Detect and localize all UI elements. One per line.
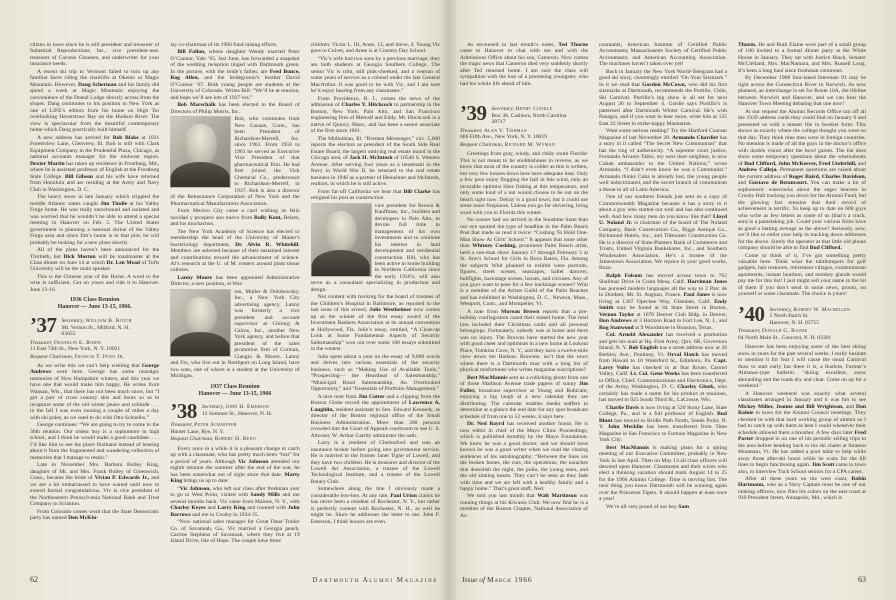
officer-name: Francis T. Fenn Jr. [75, 354, 125, 360]
class-year: ’39 [460, 105, 487, 123]
issue-line-italic: Issue of [462, 575, 485, 584]
class-officer: Secretary, William B. RotchMt. Vernon St… [62, 318, 132, 337]
bold-classmate-name: Harriman Jones [687, 279, 727, 285]
bold-classmate-name: Dr. Len Mead [107, 260, 141, 266]
officer-name: Alan V. Tishman [484, 128, 527, 134]
bold-classmate-name: Bill Clarke [404, 189, 431, 195]
bold-classmate-name: Bob English [629, 345, 658, 351]
paragraph: From far-off California we hear that Bil… [311, 189, 440, 202]
text-run: We’re all very proud of our boy [606, 504, 678, 510]
bold-classmate-name: Rolly Kent, [254, 215, 282, 221]
paragraph: “Vic Johnson, who left our class after f… [170, 486, 299, 518]
paragraph: Late in November Mrs. Barbara Bulley Kin… [30, 462, 159, 507]
paragraph: By December 1968 four-laned Interstate 9… [738, 75, 866, 107]
paragraph: The New York Academy of Science has elec… [170, 229, 299, 274]
paragraph: The Midlothian, Ill. “Bremen Messenger,”… [311, 136, 440, 188]
paragraph: The heavy snow in late January which cri… [30, 194, 159, 246]
paragraph: We’re all very proud of our boy Sam [599, 504, 727, 510]
bold-classmate-name: Bud Clifford. [810, 245, 842, 251]
paragraph: Not content with bucking for the board o… [311, 294, 440, 352]
bold-classmate-name: Ted Thorne [558, 42, 588, 48]
paragraph: As we write this we can’t help wishing t… [30, 363, 159, 421]
officer-role: Secretary, [202, 404, 226, 410]
text-run: at 9 Woodstone in Houston, Texas. [634, 325, 713, 331]
text-run: lay co-chairman of its 1966 fund raising… [170, 42, 277, 48]
officer-name: Franklin E. Robin [54, 340, 101, 346]
class-officer: Treasurer, Alan V. Tishman666 Fifth Ave.… [460, 128, 588, 141]
bold-classmate-name: Charley Keyes [170, 505, 205, 511]
paragraph: Lanny Moore has been appointed Administr… [170, 275, 299, 288]
paragraph: Dr. Ned Bayrd has received another honor… [460, 421, 588, 492]
bold-classmate-name: Bill Fallon, [177, 49, 205, 55]
paragraph: “Vic’s wife had two sons by a previous m… [311, 56, 440, 95]
officer-role: Secretary, [62, 318, 86, 324]
bold-classmate-name: Sam [678, 504, 689, 510]
bold-classmate-name: Don McKin- [68, 515, 98, 521]
text-run: who did his first sitzmarks at Dartmouth… [599, 82, 727, 127]
text-run: “Now national sales manager for Great Da… [170, 519, 299, 544]
text-run: and his family did spend a week at Magic… [30, 82, 159, 133]
page-number-left: 62 [30, 575, 38, 584]
paragraph: George continues: “We are going to try t… [30, 422, 159, 461]
text-run: and me in Crosby in 1934-35. [191, 512, 259, 518]
officer-address-line: 11 East 74th St., New York, N. Y. 10021 [30, 346, 159, 352]
left-page-columns: citizen in town since he is still presid… [30, 42, 440, 562]
bold-classmate-name: Vivian P. Edwards Jr., [95, 475, 150, 481]
text-run: Larry is a resident of Chelmsford and wa… [311, 440, 440, 485]
officer-name: Henry Conkle [515, 106, 552, 112]
bold-classmate-name: Dick Morton [63, 254, 95, 260]
left-page-footer: 62 Dartmouth Alumni Magazine [0, 575, 448, 584]
paragraph: Ralph Folsom has moved across town to 76… [599, 273, 727, 331]
text-run: and roomed with [245, 505, 287, 511]
text-run: and [738, 180, 749, 186]
paragraph: A note from Moreau Brown reports that a … [460, 309, 588, 374]
text-run: and [844, 404, 857, 410]
right-page-columns: As recounted in last month’s notes, Ted … [460, 42, 866, 562]
bold-classmate-name: Mickey Miller, Jeanne and Bill Wrightson… [738, 404, 844, 410]
issue-line-date: March 1966 [487, 575, 532, 584]
text-run: At our request the Alumni Records Office… [738, 109, 866, 167]
officer-role: Bequest Chairman, [30, 354, 75, 360]
class-heading-top: ’39Secretary, Henry ConkleBox 38, Cashie… [460, 105, 588, 126]
bold-classmate-name: Bert MacMannis [467, 375, 508, 381]
reunion-notice: 1937 Class ReunionHanover — June 13-15, … [170, 384, 299, 398]
text-run: reports that a pre-holiday conflagration… [460, 309, 588, 373]
officer-name: John H. Emerson [226, 404, 270, 410]
text-run: You can make a lot of sophomoric wisecra… [738, 180, 866, 251]
paragraph: Larry is a resident of Chelmsford and wa… [311, 440, 440, 485]
paragraph: From Mexico City came a card wishing us … [170, 208, 299, 227]
officer-address-line: 666 Fifth Ave., New York, N. Y. 10019 [460, 134, 588, 140]
class-officer: Bequest Chairman, Robert H. Reno [170, 436, 299, 442]
page-number-right: 63 [858, 575, 866, 584]
paragraph: Col. Arnold Alexander has received a pro… [599, 332, 727, 403]
paragraph: Bill Fallon, whose daughter Wendy marrie… [170, 49, 299, 101]
text-run: George continues: “We are going to try t… [30, 422, 159, 460]
text-run: children: Victor L. III, Anne, 13, and S… [311, 42, 440, 54]
text-run: at his Valley Forge home. He was really … [30, 201, 159, 246]
paragraph: At our request the Alumni Records Office… [738, 109, 866, 252]
text-run: As we write this we can’t help wishing t… [37, 363, 142, 369]
paragraph: From Providence, R. I., comes the news o… [311, 96, 440, 135]
bold-classmate-name: Dr. Alvin R. Whitehill. [235, 242, 300, 248]
right-column-3: Thurm. He and Ruth Elaine were part of a… [738, 42, 866, 562]
bold-classmate-name: Dr. Ned Bayrd [467, 421, 504, 427]
class-heading-top: ’38Secretary, John H. Emerson12 Summer S… [170, 403, 299, 421]
magazine-title: Dartmouth Alumni Magazine [312, 577, 438, 584]
paragraph: Somewhere along the line I obviously mad… [311, 486, 440, 525]
text-run: Julie spent about a year on the essay of… [311, 354, 440, 392]
reunion-line: 1937 Class Reunion [170, 384, 299, 391]
paragraph: Greetings from gray, windy, and chilly s… [460, 151, 588, 216]
class-heading-top: ’37Secretary, William B. RotchMt. Vernon… [30, 317, 159, 338]
bold-classmate-name: Bud Clifford, John McKeever, Fred Underh… [744, 161, 856, 167]
paragraph: Back in January the New York World-Teleg… [599, 69, 727, 127]
lanny-moore-photo [170, 290, 230, 356]
class-year: ’40 [738, 306, 765, 324]
class-notes-heading-40: ’40Secretary, Robert W. Macmillen5 North… [738, 306, 866, 341]
bob-marschalk-photo [170, 117, 230, 187]
class-year: ’37 [30, 317, 57, 335]
bold-classmate-name: Whitney Cushing, [472, 243, 516, 249]
reunion-notice: 1936 Class ReunionHanover — June 13-15, … [30, 297, 159, 311]
left-column-1: citizen in town since he is still presid… [30, 42, 159, 562]
officer-address-line: 28717 [492, 119, 567, 125]
text-run: Hanover has been enjoying some of the be… [738, 344, 866, 389]
bold-classmate-name: Jim Cotter [358, 394, 384, 400]
text-run: came to Hanover to chat with me and with… [460, 48, 588, 86]
paragraph: Every once in a while it is a pleasant c… [170, 446, 299, 485]
bill-clarke-photo [311, 204, 371, 276]
bold-classmate-name: Larry King [217, 505, 245, 511]
class-notes-heading-37: ’37Secretary, William B. RotchMt. Vernon… [30, 317, 159, 360]
text-run: in town for the Alumni Council meetings.… [738, 410, 866, 435]
text-run: By December 1968 four-laned Interstate 9… [738, 75, 866, 107]
text-run: A Hanover weekend was exactly what sever… [738, 391, 866, 403]
bold-classmate-name: Lt. Col. Gene Weeks [630, 371, 680, 377]
bold-classmate-name: Don Andrews [599, 318, 632, 324]
paragraph: After all these years on the west coast,… [738, 476, 866, 502]
paragraph: Charlie Davis is now living at 520 Stony… [599, 405, 727, 444]
bold-classmate-name: Rog Stanwood [599, 325, 634, 331]
text-run: We told you last month that [467, 493, 537, 499]
officer-address-line: 03055 [62, 331, 132, 337]
officer-address-line: Hanover, N. H. 03755 [770, 320, 851, 326]
bold-classmate-name: Walt Martinson [537, 493, 576, 499]
text-run: at 3 Horizon Road in Fort Lee, N. J., an… [632, 318, 727, 324]
text-run: is chairman of the board of The Noland C… [599, 220, 727, 271]
officer-role: Bequest Chairman, [460, 142, 505, 148]
left-column-3: children: Victor L. III, Anne, 13, and S… [311, 42, 440, 562]
class-heading-top: ’40Secretary, Robert W. Macmillen5 North… [738, 306, 866, 327]
officer-role: Secretary, [492, 106, 516, 112]
officer-name: Peter Schaeffer [194, 422, 237, 428]
paragraph: A recent ski trip to Vermont failed to t… [30, 69, 159, 134]
officer-role: Treasurer, [170, 422, 194, 428]
bold-classmate-name: Armando Chardiet [672, 135, 718, 141]
class-officer: Secretary, Henry ConkleBox 38, Cashiers,… [492, 106, 567, 125]
paragraph: Bert MacMannis sent us a rollicking phot… [460, 375, 588, 420]
text-run: has received another honor. He is now ed… [460, 421, 588, 492]
paragraph: Thurm. He and Ruth Elaine were part of a… [738, 42, 866, 74]
officer-address-line: 64 North Main St., Concord, N. H. 03301 [738, 335, 866, 341]
bold-classmate-name: Charley Gluek, [677, 384, 715, 390]
paragraph: citizen in town since he is still presid… [30, 42, 159, 68]
paragraph: Bob Marschalk has been elected to the Bo… [170, 102, 299, 115]
paragraph: Come to think of it, I’ve got something … [738, 253, 866, 298]
bold-classmate-name: Bob Blake [113, 135, 139, 141]
text-run: He and Ruth Elaine were part of a small … [738, 42, 866, 74]
bold-classmate-name: Charles Y. Hitchcock [341, 102, 392, 108]
text-run: This is the Chinese year of the Horse. A… [30, 274, 159, 293]
paragraph: We told you last month that Walt Martins… [460, 493, 588, 519]
bold-classmate-name: Gordon McCown, [642, 82, 686, 88]
class-officer: Treasurer, Peter SchaefferHunter Lane, R… [170, 422, 299, 435]
paragraph: children: Victor L. III, Anne, 13, and S… [311, 42, 440, 55]
officer-name: Richard M. Wyman [505, 142, 555, 148]
bold-classmate-name: Gustavo de Betancourt. [749, 180, 808, 186]
bold-classmate-name: Dexter Martin [30, 161, 65, 167]
officer-address-line: 12 Summer St., Hanover, N. H. [202, 411, 272, 417]
reunion-line: Hanover — June 13-15, 1966 [170, 391, 299, 398]
officer-role: Bequest Chairman, [170, 436, 215, 442]
issue-line: Issue of March 1966 [462, 575, 532, 584]
bold-classmate-name: Vic Johnson, [180, 486, 211, 492]
class-notes-heading-38: ’38Secretary, John H. Emerson12 Summer S… [170, 403, 299, 442]
paragraph: Bert MacMannis is making plans for a spr… [599, 445, 727, 503]
bold-classmate-name: Paul Jones [684, 292, 710, 298]
text-run: “Vic’s wife had two sons by a previous m… [311, 56, 440, 94]
text-run: and [856, 161, 866, 167]
text-run: broadcast supervisor at Young and Rubica… [460, 388, 588, 420]
text-run: A new address has arrived for [37, 135, 113, 141]
bold-classmate-name: Bill Gibson [65, 174, 93, 180]
class-officer: Secretary, John H. Emerson12 Summer St.,… [202, 404, 272, 417]
bold-classmate-name: Bert MacMannis [606, 445, 649, 451]
officer-name: Robert W. Macmillen [793, 307, 850, 313]
text-run: Greetings from gray, windy, and chilly s… [460, 151, 588, 215]
officer-name: Donald G. Rainie [762, 328, 808, 334]
paragraph: A nice note from Jim Cotter and a clippi… [311, 394, 440, 439]
class-notes-heading-39: ’39Secretary, Henry ConkleBox 38, Cashie… [460, 105, 588, 148]
reunion-line: Hanover — June 13-15, 1966. [30, 304, 159, 311]
bold-classmate-name: Charlie Davis [606, 405, 639, 411]
officer-address-line: Hunter Lane, Rye, N. Y. [170, 429, 299, 435]
bold-classmate-name: Jim Tindle [100, 201, 127, 207]
text-run: were here. George has some nostalgic mem… [30, 369, 159, 420]
class-officer: Bequest Chairman, Richard M. Wyman [460, 142, 588, 148]
bold-classmate-name: Jim Scott [812, 462, 835, 468]
text-run: Members are selected because of their su… [170, 248, 299, 273]
paragraph: No sooner had we arrived in the Sunshine… [460, 217, 588, 308]
bold-classmate-name: Vic Johnson [238, 459, 268, 465]
class-officer: Treasurer, Franklin E. Robin11 East 74th… [30, 340, 159, 353]
right-page: As recounted in last month’s notes, Ted … [448, 0, 896, 600]
paragraph: A new address has arrived for Bob Blake … [30, 135, 159, 193]
class-officer: Treasurer, Donald G. Rainie64 North Main… [738, 328, 866, 341]
paragraph: A Hanover weekend was exactly what sever… [738, 391, 866, 475]
two-page-spread: citizen in town since he is still presid… [0, 0, 896, 600]
paragraph: Hanover has been enjoying some of the be… [738, 344, 866, 389]
paragraph: From Colorado comes word that the State … [30, 509, 159, 522]
text-run: is making plans for a spring meeting of … [599, 445, 727, 503]
bold-classmate-name: Dang Scherman [78, 82, 117, 88]
bold-classmate-name: Roger Baird, Charles Davidson, [789, 174, 866, 180]
text-run: countants; American Institute of Certifi… [599, 42, 727, 67]
text-run: A nice note from [318, 394, 359, 400]
text-run: From far-off California we hear that [318, 189, 404, 195]
right-page-footer: Issue of March 1966 63 [448, 575, 896, 584]
right-column-1: As recounted in last month’s notes, Ted … [460, 42, 588, 562]
text-run: at 1670 Denver Club Bldg. in Denver, [634, 312, 727, 318]
text-run: may be found at 84 State Street in Bosto… [613, 305, 727, 311]
text-run: and [206, 505, 218, 511]
paragraph: As recounted in last month’s notes, Ted … [460, 42, 588, 87]
officer-role: Treasurer, [460, 128, 484, 134]
left-column-2: lay co-chairman of its 1966 fund raising… [170, 42, 299, 562]
text-run: As recounted in last month’s notes, [467, 42, 558, 48]
text-run: prominent Palm Beach artist, held a one-… [460, 243, 588, 307]
bold-classmate-name: Sandy Mills [250, 492, 279, 498]
paragraph: Julie spent about a year on the essay of… [311, 354, 440, 393]
text-run: citizen in town since he is still presid… [30, 42, 159, 67]
bold-classmate-name: John Mecklin [608, 424, 643, 430]
left-page: citizen in town since he is still presid… [0, 0, 448, 600]
bold-classmate-name: Jack H. McIntosh [349, 155, 392, 161]
officer-name: Robert H. Reno [215, 436, 256, 442]
text-run: brings us up to date: [182, 478, 229, 484]
reunion-line: 1936 Class Reunion [30, 297, 159, 304]
officer-role: Treasurer, [738, 328, 762, 334]
text-run: has a story in it called “The Secret New… [599, 135, 727, 193]
bold-classmate-name: Col. Arnold Alexander [606, 332, 663, 338]
officer-role: Secretary, [770, 307, 794, 313]
text-run: Come to think of it, I’ve got something … [738, 253, 866, 298]
right-column-2: countants; American Institute of Certifi… [599, 42, 727, 562]
paragraph: lay co-chairman of its 1966 fund raising… [170, 42, 299, 48]
officer-name: William B. Rotch [85, 318, 132, 324]
officer-role: Treasurer, [30, 340, 54, 346]
text-run: now comes up as the winner of the first … [311, 307, 440, 352]
paragraph: All of the plans haven’t been announced … [30, 247, 159, 273]
bold-classmate-name: Andrew Calleja. [738, 167, 778, 173]
bold-classmate-name: Vernon Taylor [599, 312, 634, 318]
magazine-spread: citizen in town since he is still presid… [0, 0, 896, 600]
class-officer: Bequest Chairman, Francis T. Fenn Jr. [30, 354, 159, 360]
paragraph: “Now national sales manager for Great Da… [170, 519, 299, 545]
bold-classmate-name: Lanny Moore [177, 275, 212, 281]
paragraph: One of our southern friends just sent us… [599, 194, 727, 272]
paragraph: countants; American Institute of Certifi… [599, 42, 727, 68]
bold-classmate-name: Orval Hatch [667, 352, 698, 358]
text-run: One of our southern friends just sent us… [599, 194, 727, 219]
class-officer: Secretary, Robert W. Macmillen5 North Ba… [770, 307, 851, 326]
bold-classmate-name: Julie Westheimer [369, 307, 411, 313]
class-year: ’38 [170, 403, 197, 421]
bold-classmate-name: Bob Marschalk [177, 102, 215, 108]
paragraph: Want some serious reading? Try the Hartf… [599, 128, 727, 193]
paragraph: This is the Chinese year of the Horse. A… [30, 274, 159, 293]
